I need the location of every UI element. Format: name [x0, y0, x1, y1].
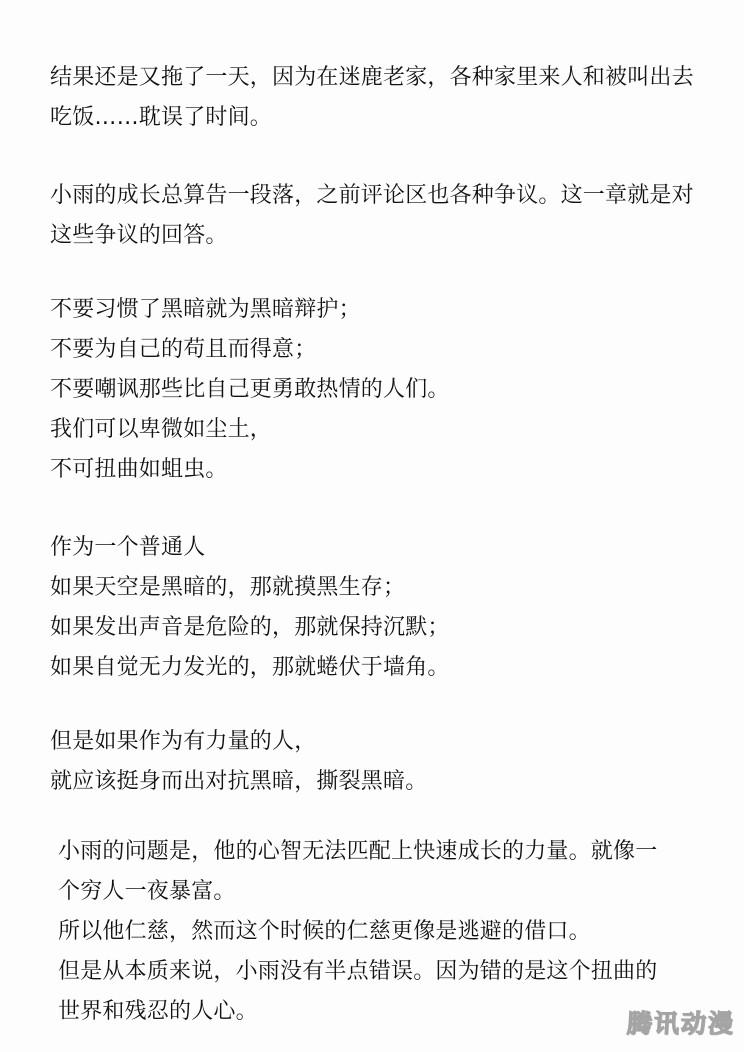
text-line: 小雨的成长总算告一段落，之前评论区也各种争议。这一章就是对 — [50, 176, 700, 216]
paragraph-xiaoyu-problem: 小雨的问题是，他的心智无法匹配上快速成长的力量。就像一 个穷人一夜暴富。 所以他… — [50, 832, 700, 1032]
text-line: 世界和残忍的人心。 — [58, 992, 700, 1032]
text-line: 如果天空是黑暗的，那就摸黑生存； — [50, 568, 700, 608]
text-line: 不可扭曲如蛆虫。 — [50, 450, 700, 490]
paragraph-ordinary-person: 作为一个普通人 如果天空是黑暗的，那就摸黑生存； 如果发出声音是危险的，那就保持… — [50, 528, 700, 688]
text-line: 小雨的问题是，他的心智无法匹配上快速成长的力量。就像一 — [58, 832, 700, 872]
text-line: 所以他仁慈，然而这个时候的仁慈更像是逃避的借口。 — [58, 912, 700, 952]
paragraph-quote-darkness: 不要习惯了黑暗就为黑暗辩护； 不要为自己的苟且而得意； 不要嘲讽那些比自己更勇敢… — [50, 290, 700, 490]
text-line: 就应该挺身而出对抗黑暗，撕裂黑暗。 — [50, 762, 700, 802]
text-line: 但是如果作为有力量的人， — [50, 722, 700, 762]
text-line: 但是从本质来说，小雨没有半点错误。因为错的是这个扭曲的 — [58, 952, 700, 992]
text-line: 这些争议的回答。 — [50, 216, 700, 256]
text-line: 个穷人一夜暴富。 — [58, 872, 700, 912]
text-line: 如果自觉无力发光的，那就蜷伏于墙角。 — [50, 648, 700, 688]
paragraph-powerful-person: 但是如果作为有力量的人， 就应该挺身而出对抗黑暗，撕裂黑暗。 — [50, 722, 700, 802]
text-line: 不要嘲讽那些比自己更勇敢热情的人们。 — [50, 370, 700, 410]
text-line: 我们可以卑微如尘土， — [50, 410, 700, 450]
paragraph-growth: 小雨的成长总算告一段落，之前评论区也各种争议。这一章就是对 这些争议的回答。 — [50, 176, 700, 256]
text-line: 结果还是又拖了一天，因为在迷鹿老家，各种家里来人和被叫出去 — [50, 58, 700, 98]
text-line: 不要习惯了黑暗就为黑暗辩护； — [50, 290, 700, 330]
text-line: 不要为自己的苟且而得意； — [50, 330, 700, 370]
paragraph-intro: 结果还是又拖了一天，因为在迷鹿老家，各种家里来人和被叫出去 吃饭……耽误了时间。 — [50, 58, 700, 138]
text-line: 如果发出声音是危险的，那就保持沉默； — [50, 608, 700, 648]
text-line: 吃饭……耽误了时间。 — [50, 98, 700, 138]
text-line: 作为一个普通人 — [50, 528, 700, 568]
tencent-comics-watermark-logo: 腾讯动漫 — [626, 1004, 736, 1040]
comic-afterword-page: 结果还是又拖了一天，因为在迷鹿老家，各种家里来人和被叫出去 吃饭……耽误了时间。… — [0, 0, 744, 1052]
